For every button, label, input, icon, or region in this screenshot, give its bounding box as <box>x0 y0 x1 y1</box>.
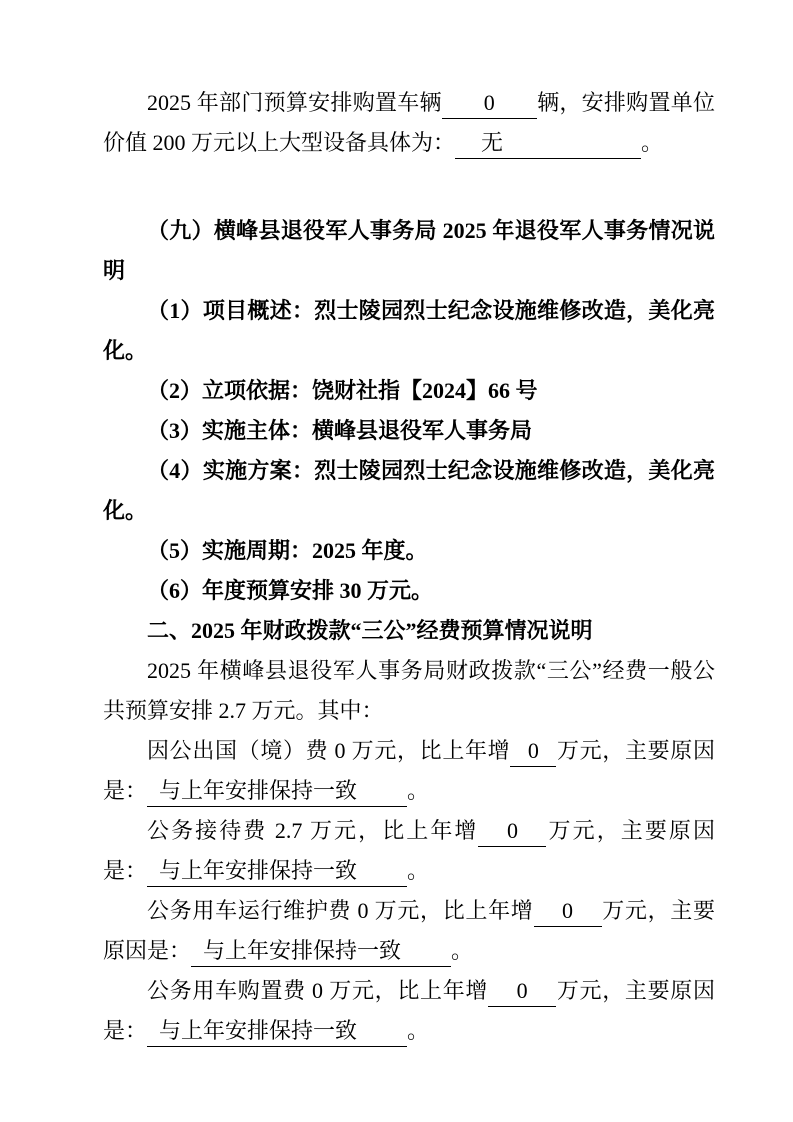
para-vehicle-purchase-plan: 2025 年部门预算安排购置车辆0辆，安排购置单位价值 200 万元以上大型设备… <box>103 83 715 163</box>
vehicle-plan-text-end: 。 <box>641 130 663 155</box>
overseas-fee-text-lead: 因公出国（境）费 0 万元，比上年增 <box>147 738 510 763</box>
item-project-overview: （1）项目概述：烈士陵园烈士纪念设施维修改造，美化亮化。 <box>103 291 715 371</box>
item-annual-budget: （6）年度预算安排 30 万元。 <box>103 571 715 611</box>
underline-main-reason: 与上年安排保持一致 <box>147 856 407 887</box>
vehicle-operation-text-lead: 公务用车运行维护费 0 万元，比上年增 <box>147 898 534 923</box>
reception-fee-text-end: 。 <box>407 858 429 883</box>
para-vehicle-operation-fee: 公务用车运行维护费 0 万元，比上年增0万元，主要原因是：与上年安排保持一致。 <box>103 891 715 971</box>
document-page: 2025 年部门预算安排购置车辆0辆，安排购置单位价值 200 万元以上大型设备… <box>0 0 793 1122</box>
para-three-public-overview: 2025 年横峰县退役军人事务局财政拨款“三公”经费一般公共预算安排 2.7 万… <box>103 651 715 731</box>
item-implementation-period: （5）实施周期：2025 年度。 <box>103 531 715 571</box>
vehicle-operation-text-end: 。 <box>451 938 473 963</box>
para-overseas-trip-fee: 因公出国（境）费 0 万元，比上年增0万元，主要原因是：与上年安排保持一致。 <box>103 731 715 811</box>
heading-section-nine: （九）横峰县退役军人事务局 2025 年退役军人事务情况说明 <box>103 211 715 291</box>
underline-main-reason: 与上年安排保持一致 <box>191 936 451 967</box>
item-implementing-entity: （3）实施主体：横峰县退役军人事务局 <box>103 411 715 451</box>
reception-fee-text-lead: 公务接待费 2.7 万元，比上年增 <box>147 818 478 843</box>
para-vehicle-purchase-fee: 公务用车购置费 0 万元，比上年增0万元，主要原因是：与上年安排保持一致。 <box>103 971 715 1051</box>
vehicle-purchase-text-lead: 公务用车购置费 0 万元，比上年增 <box>147 978 488 1003</box>
underline-increase-amount: 0 <box>510 736 556 767</box>
underline-increase-amount: 0 <box>478 816 546 847</box>
vehicle-purchase-text-end: 。 <box>407 1018 429 1043</box>
heading-three-public-funds: 二、2025 年财政拨款“三公”经费预算情况说明 <box>103 611 715 651</box>
underline-large-equipment-none: 无 <box>455 128 641 159</box>
underline-main-reason: 与上年安排保持一致 <box>147 1016 407 1047</box>
underline-main-reason: 与上年安排保持一致 <box>147 776 407 807</box>
item-implementation-plan: （4）实施方案：烈士陵园烈士纪念设施维修改造，美化亮化。 <box>103 451 715 531</box>
underline-vehicle-count: 0 <box>442 88 537 119</box>
underline-increase-amount: 0 <box>488 976 556 1007</box>
item-approval-basis: （2）立项依据：饶财社指【2024】66 号 <box>103 371 715 411</box>
para-official-reception-fee: 公务接待费 2.7 万元，比上年增0万元，主要原因是：与上年安排保持一致。 <box>103 811 715 891</box>
vehicle-plan-text-lead: 2025 年部门预算安排购置车辆 <box>147 90 442 115</box>
overseas-fee-text-end: 。 <box>407 778 429 803</box>
underline-increase-amount: 0 <box>534 896 602 927</box>
